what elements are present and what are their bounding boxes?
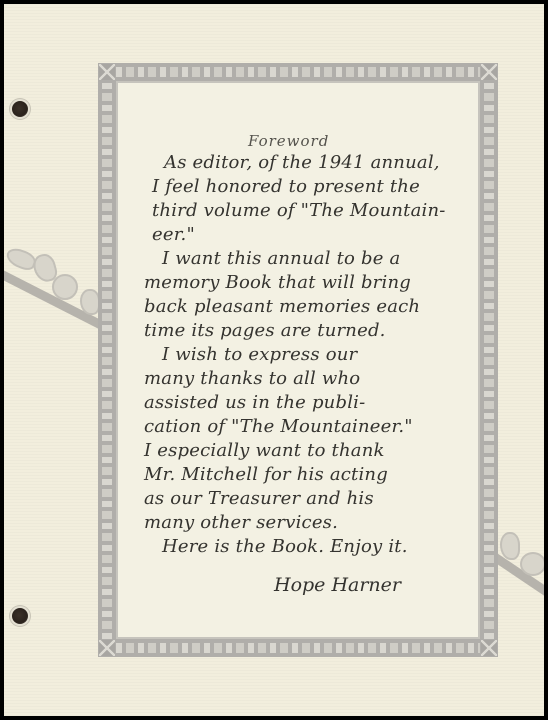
binder-hole-bottom (12, 608, 28, 624)
text-line: time its pages are turned. (144, 320, 386, 341)
text-line: third volume of "The Mountain- (152, 200, 446, 221)
signature: Hope Harner (274, 574, 401, 596)
text-line: memory Book that will bring (144, 272, 411, 293)
text-line: assisted us in the publi- (144, 392, 365, 413)
text-line: As editor, of the 1941 annual, (164, 152, 440, 173)
text-line: cation of "The Mountaineer." (144, 416, 413, 437)
corner-ornament (99, 640, 115, 656)
corner-ornament (99, 64, 115, 80)
corner-ornament (481, 64, 497, 80)
text-line: many thanks to all who (144, 368, 360, 389)
text-line: back pleasant memories each (144, 296, 420, 317)
binder-hole-top (12, 101, 28, 117)
corner-ornament (481, 640, 497, 656)
text-line: I feel honored to present the (152, 176, 420, 197)
page-title: Foreword (248, 132, 329, 150)
text-line: as our Treasurer and his (144, 488, 374, 509)
text-line: eer." (152, 224, 195, 245)
yearbook-page: Foreword As editor, of the 1941 annual, … (4, 4, 544, 716)
text-line: I wish to express our (162, 344, 357, 365)
text-line: Mr. Mitchell for his acting (144, 464, 388, 485)
text-line: many other services. (144, 512, 338, 533)
text-line-closing: Here is the Book. Enjoy it. (162, 536, 408, 557)
text-line: I especially want to thank (144, 440, 385, 461)
text-line: I want this annual to be a (162, 248, 400, 269)
